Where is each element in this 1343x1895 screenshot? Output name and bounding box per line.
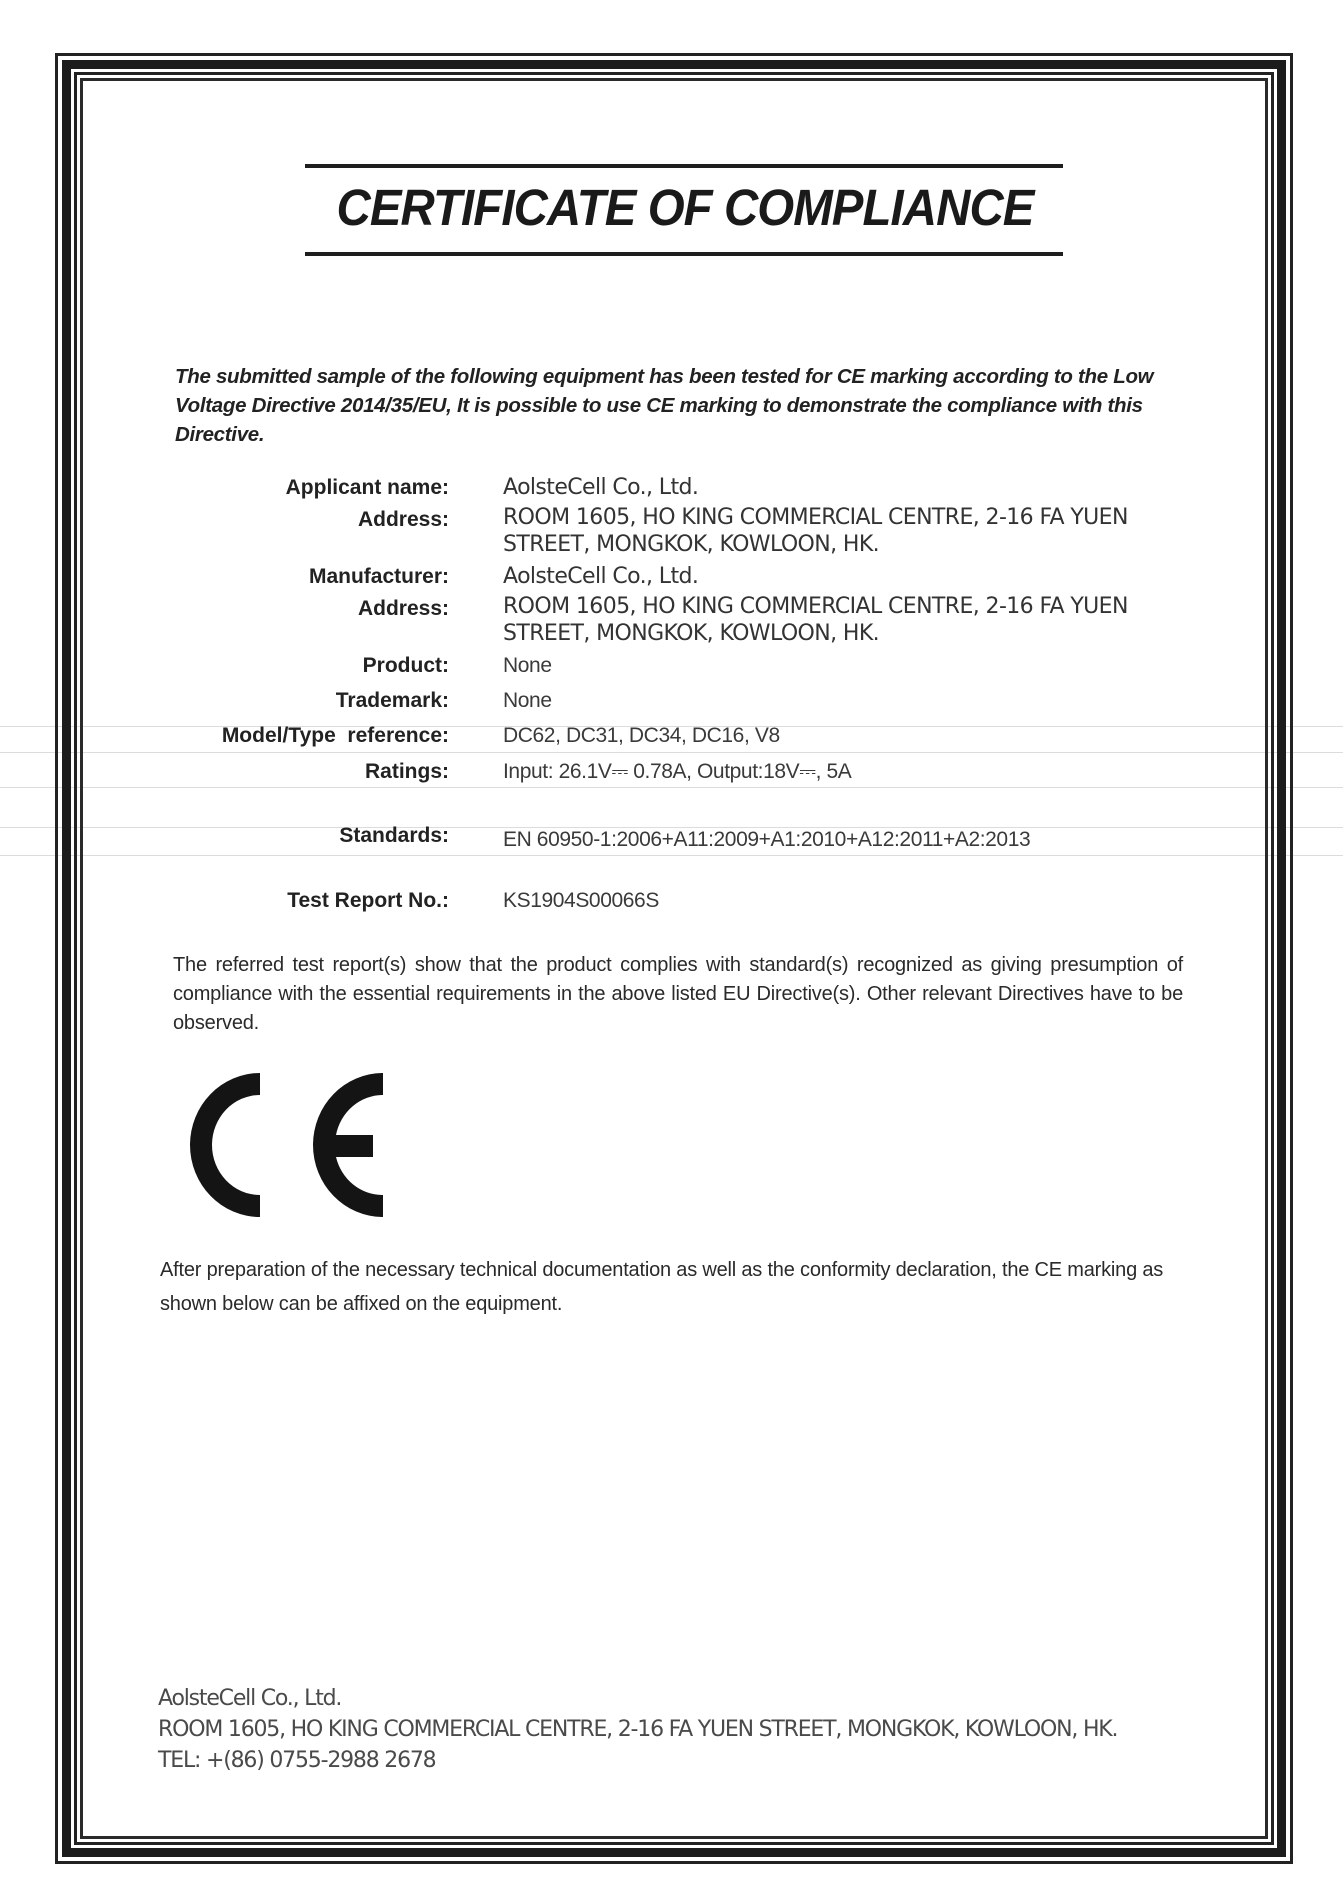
- title-rule-bottom: [305, 252, 1063, 256]
- field-value: EN 60950-1:2006+A11:2009+A1:2010+A12:201…: [503, 826, 1163, 853]
- ce-mark-glyph: [170, 1065, 400, 1225]
- field-value: ROOM 1605, HO KING COMMERCIAL CENTRE, 2-…: [503, 593, 1163, 647]
- field-value: ROOM 1605, HO KING COMMERCIAL CENTRE, 2-…: [503, 504, 1163, 558]
- field-label: Address:: [358, 508, 449, 532]
- compliance-statement: The referred test report(s) show that th…: [173, 951, 1183, 1038]
- field-value: None: [503, 652, 1163, 679]
- field-label: Test Report No.:: [287, 889, 449, 913]
- intro-paragraph: The submitted sample of the following eq…: [175, 362, 1175, 449]
- issuer-address: ROOM 1605, HO KING COMMERCIAL CENTRE, 2-…: [158, 1714, 1218, 1745]
- field-label: Address:: [358, 597, 449, 621]
- affix-statement: After preparation of the necessary techn…: [160, 1253, 1170, 1321]
- issuer-tel: TEL: +(86) 0755-2988 2678: [158, 1745, 1218, 1776]
- field-label: Manufacturer:: [309, 565, 449, 589]
- certificate-title: CERTIFICATE OF COMPLIANCE: [327, 178, 1043, 237]
- field-label: Ratings:: [365, 760, 449, 784]
- field-label: Model/Type reference:: [222, 724, 449, 748]
- field-label: Applicant name:: [286, 476, 449, 500]
- issuer-footer: AolsteCell Co., Ltd. ROOM 1605, HO KING …: [158, 1683, 1218, 1776]
- field-label: Trademark:: [336, 689, 449, 713]
- field-label: Product:: [363, 654, 449, 678]
- field-value: KS1904S00066S: [503, 887, 1163, 914]
- field-value: DC62, DC31, DC34, DC16, V8: [503, 722, 1163, 749]
- field-value: Input: 26.1V⎓ 0.78A, Output:18V⎓, 5A: [503, 758, 1163, 785]
- field-value: AolsteCell Co., Ltd.: [503, 563, 1163, 590]
- ce-mark-icon: [170, 1065, 400, 1230]
- issuer-company: AolsteCell Co., Ltd.: [158, 1683, 1218, 1714]
- field-value: AolsteCell Co., Ltd.: [503, 474, 1163, 501]
- field-value: None: [503, 687, 1163, 714]
- field-label: Standards:: [339, 824, 449, 848]
- title-rule-top: [305, 164, 1063, 168]
